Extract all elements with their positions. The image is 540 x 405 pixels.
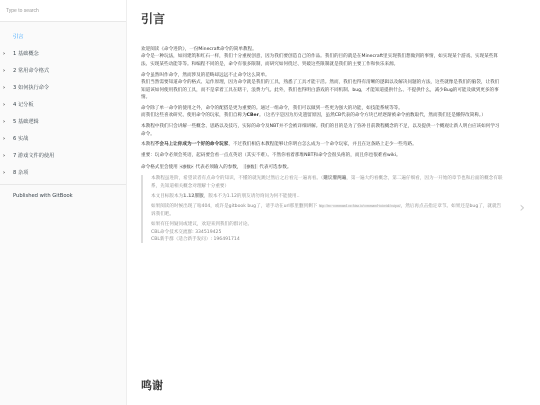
sidebar-item-label: 2 常用命令格式 xyxy=(13,67,49,74)
emphasis: 建议看两遍 xyxy=(323,176,346,181)
paragraph-syntax: 命令格式里会使用 <参数> 代表必须输入的参数， [参数] 代表可选参数。 xyxy=(141,163,503,171)
chevron-right-icon: › xyxy=(3,119,13,125)
cber-term: CBer xyxy=(247,113,259,118)
version: 1.12 xyxy=(183,194,194,199)
paragraph-concepts: 本教程中我们只会讲解一些概念、思路以及技巧，实际的命令及NBT并不会被详细讲解。… xyxy=(141,123,503,138)
text: 代表必须输入的参数， xyxy=(196,165,242,170)
section-title-acknowledgements: 鸣谢 xyxy=(141,377,163,393)
chevron-right-icon: › xyxy=(3,153,13,159)
sidebar-item-label: 4 记分板 xyxy=(13,101,34,108)
quote-version: 本文目标版本为1.12原版，版本不为1.12的朋友请勿询问为何不能使用.. xyxy=(151,193,503,200)
paragraph-english: 重要：玩命令必须会英语，起码要会看一点点英语（其实不难）。不然你看着那堆NBT和… xyxy=(141,152,503,159)
sidebar-item-label: 8 杂项 xyxy=(13,169,28,176)
chevron-right-icon: › xyxy=(3,170,13,176)
text: 代表可选参数。 xyxy=(259,165,291,170)
chevron-right-icon: › xyxy=(3,51,13,57)
text: ，不过我们相信本教程能够让你明白怎么成为一个命令玩家，并且在这条路上走少一些弯路… xyxy=(228,142,416,147)
sidebar-item-label: 6 实战 xyxy=(13,135,28,142)
sidebar-item-basic-concepts[interactable]: ›1 基础概念 xyxy=(0,45,126,62)
next-page-chevron-icon[interactable]: › xyxy=(519,200,525,216)
sidebar-item-execute-commands[interactable]: ›3 如何执行命令 xyxy=(0,79,126,96)
chevron-right-icon: › xyxy=(3,85,13,91)
sidebar-item-game-files[interactable]: ›7 游戏文件的使用 xyxy=(0,147,126,164)
welcome-line: 欢迎阅读《命令进阶》，一份Minecraft命令的简单教程。 xyxy=(141,46,503,53)
text: 命令格式里会使用 xyxy=(141,165,178,170)
paragraph-welcome: 欢迎阅读《命令进阶》，一份Minecraft命令的简单教程。 命令是一种玩法，如… xyxy=(141,46,503,68)
inline-code: [参数] xyxy=(243,164,258,169)
sidebar-nav: 引言 ›1 基础概念 ›2 常用命令格式 ›3 如何执行命令 ›4 记分板 ›5… xyxy=(0,22,126,181)
text: 如果阅读的时候出现了啥404，或许是gitbook bug了，请手动在url那里… xyxy=(151,204,317,209)
scope-line-1: 命令虽然叫作命令，然而涉及的范畴却远远不止命令这么简单。 xyxy=(141,72,503,79)
contact-line: 如果有任何疑问或建议，欢迎来到我们的群讨论。 xyxy=(151,221,503,228)
paragraph-disclaimer: 本教程不会马上让你成为一个好的命令玩家，不过我们相信本教程能够让你明白怎么成为一… xyxy=(141,141,503,148)
sidebar-item-label: 1 基础概念 xyxy=(13,50,39,57)
sidebar-item-misc[interactable]: ›8 杂项 xyxy=(0,164,126,181)
text: 。（这名字是因为历史遗留原因，虽然CB代表的命令方块已经逐渐被命令函数取代，然而… xyxy=(259,113,486,118)
cber-line: 而我们这些喜欢研究、使用命令的玩家，我们自称为CBer。（这名字是因为历史遗留原… xyxy=(141,112,503,119)
sidebar-item-practice[interactable]: ›6 实战 xyxy=(0,130,126,147)
intro-line: 命令是一种玩法，如同建筑和红石一样，我们十分重视创意，因为我们要创造自己的作品。… xyxy=(141,53,503,68)
inline-code: <参数> xyxy=(179,164,194,169)
qq-group-tech: CBL命令技术交流群: 334519425 xyxy=(151,229,503,236)
sidebar-item-label: 7 游戏文件的使用 xyxy=(13,152,54,159)
text: 本教程虽进阶，希望读者有点命令的知识，不懂的就先跳过然后之后看完一遍再看。（ xyxy=(151,176,323,181)
paragraph-combination: 命令除了单一命令的使用之外，命令的配搭是更为重要的。通过一组命令，我们可以做到一… xyxy=(141,105,503,120)
search-input[interactable] xyxy=(6,8,120,14)
chevron-right-icon: › xyxy=(3,68,13,74)
vanilla: 原版 xyxy=(195,194,204,199)
published-with-gitbook-link[interactable]: Published with GitBook xyxy=(0,185,126,199)
quote-contact: 如果有任何疑问或建议，欢迎来到我们的群讨论。 CBL命令技术交流群: 33451… xyxy=(151,221,503,243)
emphasis: 不会马上让你成为一个好的命令玩家 xyxy=(155,142,229,147)
url-code: http://mc-command.oschina.io/command-tut… xyxy=(319,204,401,208)
main-content: 引言 欢迎阅读《命令进阶》，一份Minecraft命令的简单教程。 命令是一种玩… xyxy=(141,0,503,405)
page-title: 引言 xyxy=(141,10,503,26)
text: 本教程 xyxy=(141,142,155,147)
chevron-right-icon: › xyxy=(3,102,13,108)
paragraph-scope: 命令虽然叫作命令，然而涉及的范畴却远远不止命令这么简单。 我们当然需要知道命令的… xyxy=(141,72,503,102)
qq-group-newbie: CBL新手群（适合新手发问）: 196491714 xyxy=(151,236,503,243)
chevron-right-icon: › xyxy=(3,136,13,142)
sidebar-item-label: 引言 xyxy=(13,33,23,40)
search-bar xyxy=(0,0,126,22)
sidebar: 引言 ›1 基础概念 ›2 常用命令格式 ›3 如何执行命令 ›4 记分板 ›5… xyxy=(0,0,127,405)
sidebar-item-command-formats[interactable]: ›2 常用命令格式 xyxy=(0,62,126,79)
sidebar-item-label: 5 基础逻辑 xyxy=(13,118,39,125)
quote-read-twice: 本教程虽进阶，希望读者有点命令的知识，不懂的就先跳过然后之后看完一遍再看。（建议… xyxy=(151,175,503,190)
sidebar-item-scoreboard[interactable]: ›4 记分板 xyxy=(0,96,126,113)
sidebar-item-intro[interactable]: 引言 xyxy=(0,28,126,45)
scope-line-2: 我们当然需要知道命令的格式、运作原理，因为命令就是我们的工具，熟悉了工具才能干活… xyxy=(141,79,503,101)
quote-404: 如果阅读的时候出现了啥404，或许是gitbook bug了，请手动在url那里… xyxy=(151,203,503,218)
sidebar-item-label: 3 如何执行命令 xyxy=(13,84,49,91)
sidebar-item-basic-logic[interactable]: ›5 基础逻辑 xyxy=(0,113,126,130)
combination-line: 命令除了单一命令的使用之外，命令的配搭是更为重要的。通过一组命令，我们可以做到一… xyxy=(141,105,503,112)
blockquote-notes: 本教程虽进阶，希望读者有点命令的知识，不懂的就先跳过然后之后看完一遍再看。（建议… xyxy=(141,175,503,243)
text: ，版本不为1.12的朋友请勿询问为何不能使用.. xyxy=(204,194,300,199)
text: 而我们这些喜欢研究、使用命令的玩家，我们自称为 xyxy=(141,113,247,118)
text: 本文目标版本为 xyxy=(151,194,183,199)
